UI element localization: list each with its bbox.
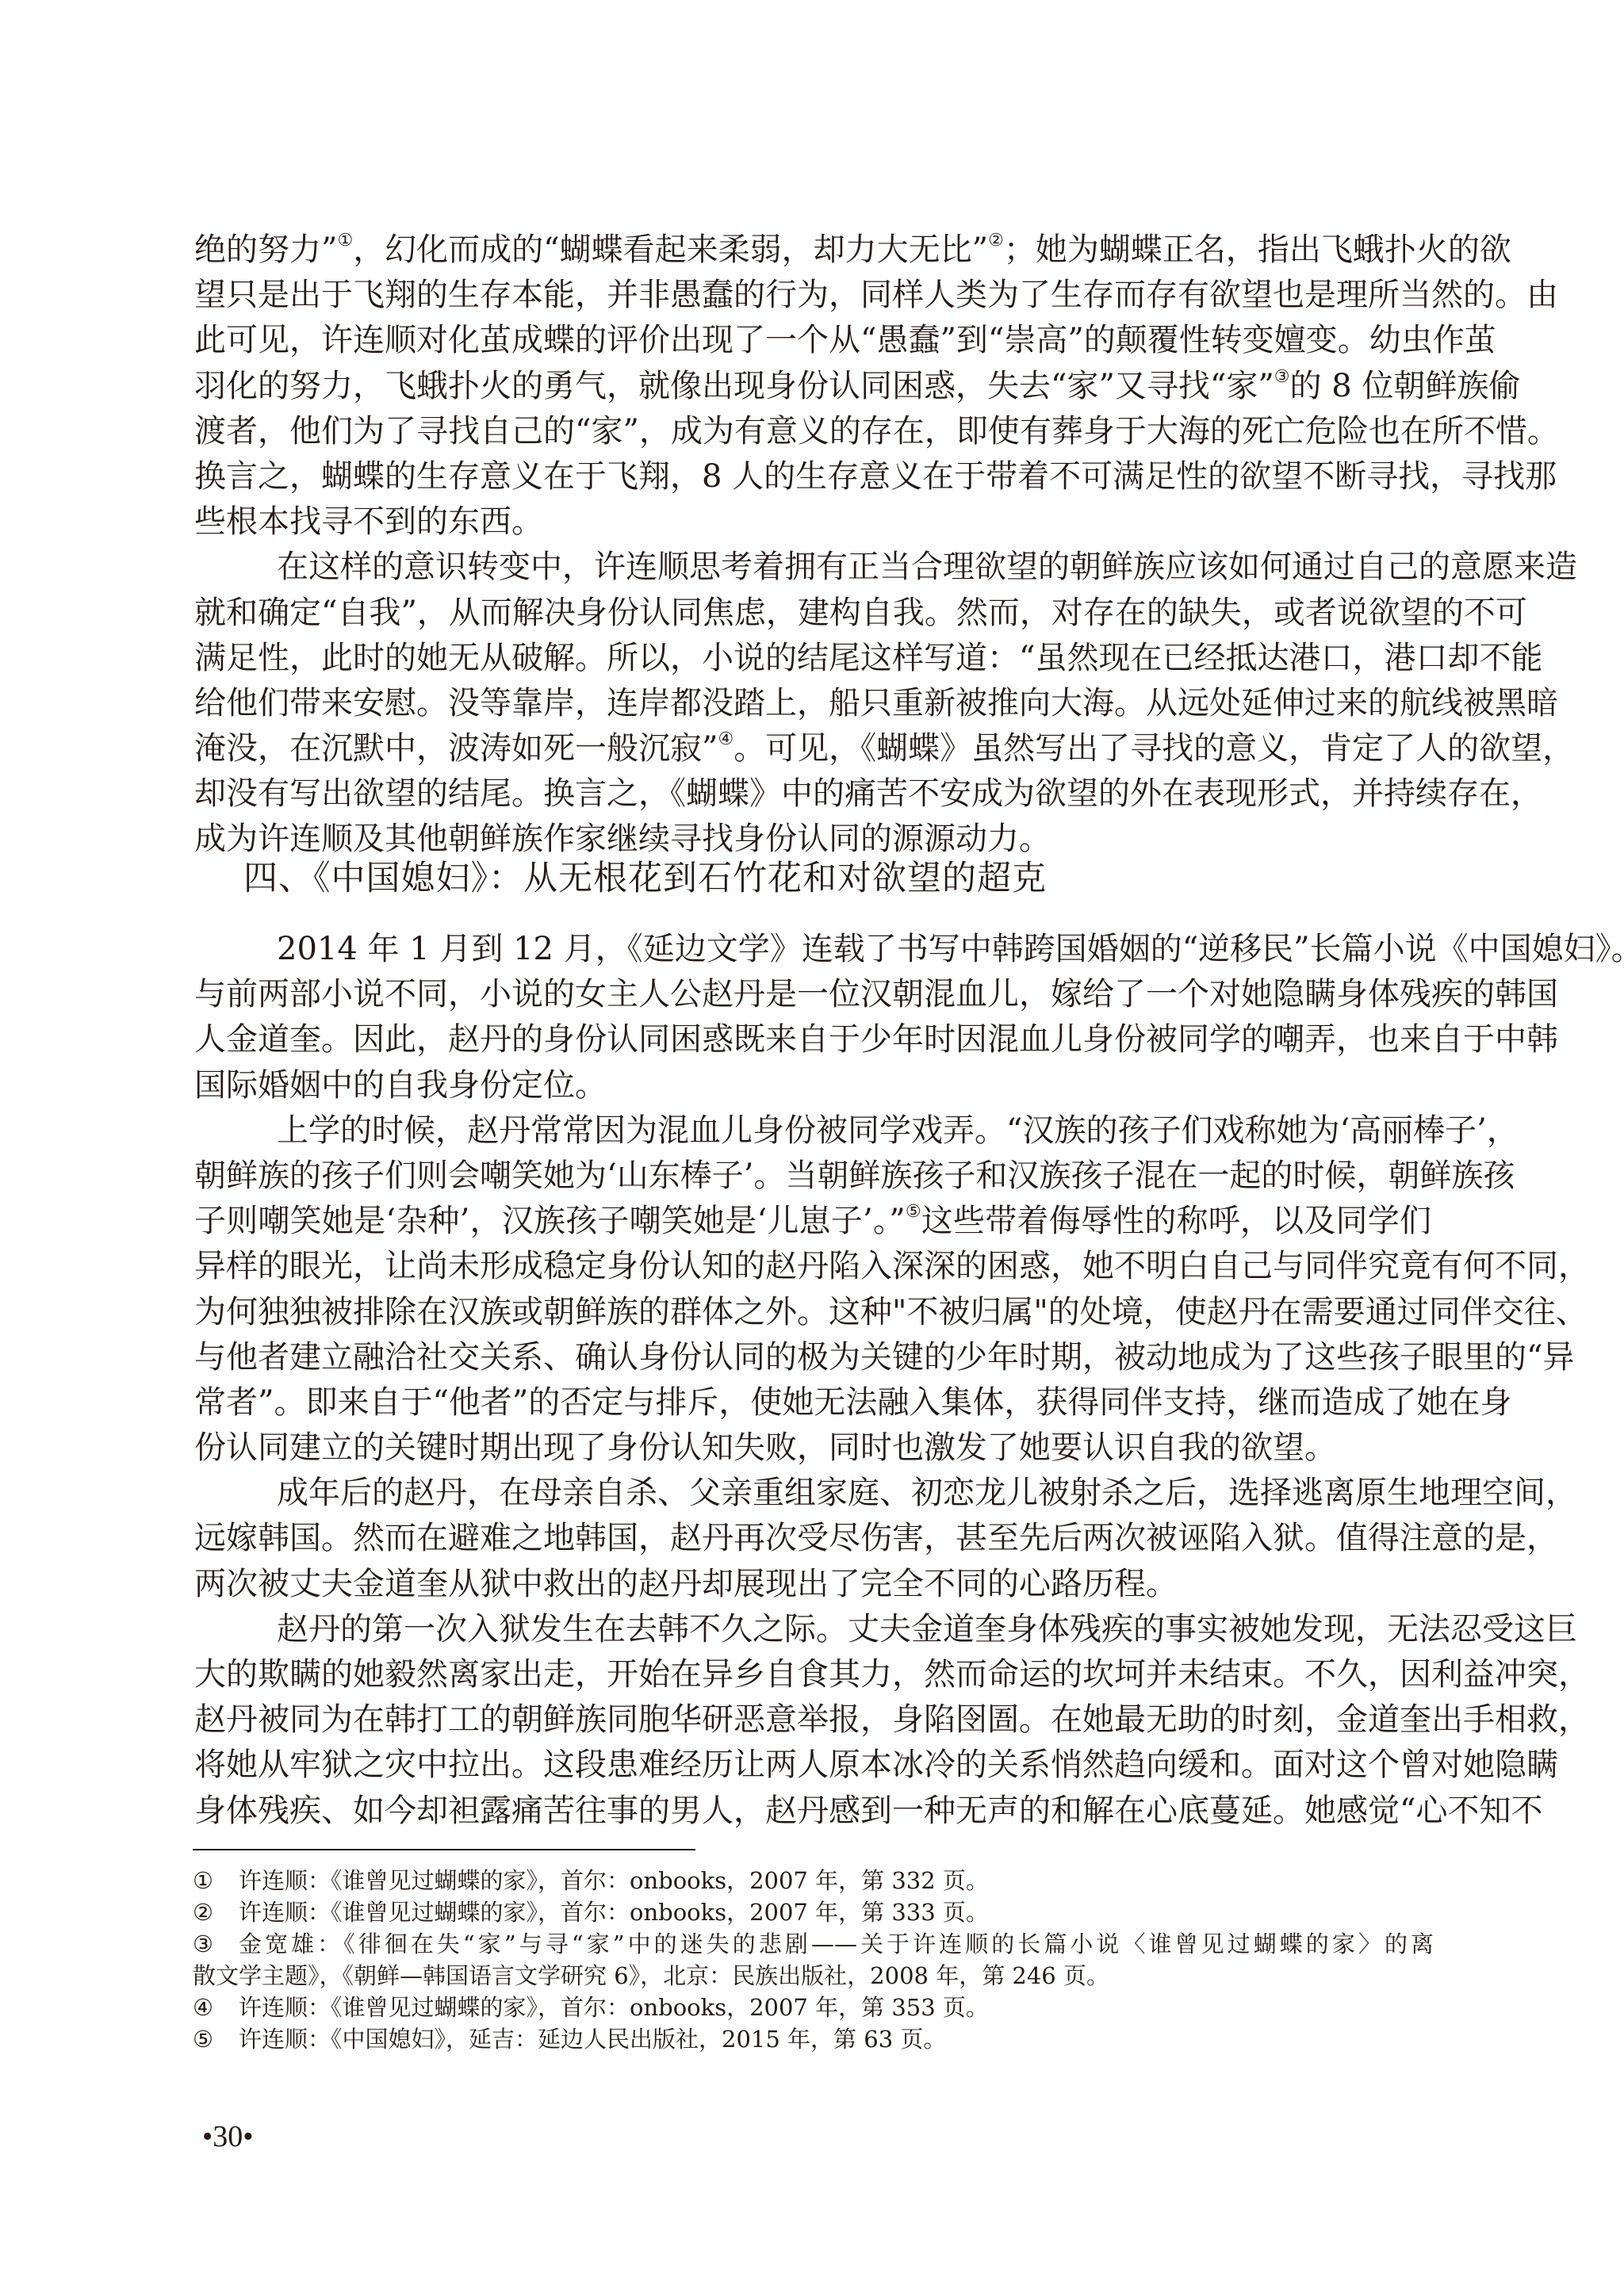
document-page: 绝的努力”①，幻化而成的“蝴蝶看起来柔弱，却力大无比”②；她为蝴蝶正名，指出飞蛾…	[0, 0, 1624, 2296]
footnote-text: 许连顺：《谁曾见过蝴蝶的家》，首尔：onbooks，2007 年，第 332 页…	[239, 1865, 989, 1896]
text-line: 朝鲜族的孩子们则会嘲笑她为‘山东棒子’。当朝鲜族孩子和汉族孩子混在一起的时候，朝…	[194, 1154, 1431, 1199]
text-line: 子则嘲笑她是‘杂种’，汉族孩子嘲笑她是‘儿崽子’。”⑤这些带着侮辱性的称呼，以及…	[194, 1199, 1431, 1244]
footnote-mark: ①	[193, 1865, 239, 1896]
text-line: 为何独独被排除在汉族或朝鲜族的群体之外。这种"不被归属"的处境，使赵丹在需要通过…	[194, 1290, 1431, 1335]
text-line: 两次被丈夫金道奎从狱中救出的赵丹却展现出了完全不同的心路历程。	[194, 1562, 1431, 1607]
text-line: 淹没，在沉默中，波涛如死一般沉寂”④。可见，《蝴蝶》虽然写出了寻找的意义，肯定了…	[194, 726, 1431, 771]
text-line: 羽化的努力，飞蛾扑火的勇气，就像出现身份认同困惑，失去“家”又寻找“家”③的 8…	[194, 364, 1431, 409]
text-line: 人金道奎。因此，赵丹的身份认同困惑既来自于少年时因混血儿身份被同学的嘲弄，也来自…	[194, 1017, 1431, 1062]
body-text-section-four: 2014 年 1 月到 12 月，《延边文学》连载了书写中韩跨国婚姻的“逆移民”…	[194, 927, 1431, 1834]
text-line: 赵丹的第一次入狱发生在去韩不久之际。丈夫金道奎身体残疾的事实被她发现，无法忍受这…	[194, 1607, 1431, 1652]
text-line: 大的欺瞒的她毅然离家出走，开始在异乡自食其力，然而命运的坎坷并未结束。不久，因利…	[194, 1652, 1431, 1697]
footnote-text: 许连顺：《谁曾见过蝴蝶的家》，首尔：onbooks，2007 年，第 353 页…	[239, 1992, 989, 2023]
text-line: 常者”。即来自于“他者”的否定与排斥，使她无法融入集体，获得同伴支持，继而造成了…	[194, 1380, 1431, 1425]
text-line: 些根本找寻不到的东西。	[194, 499, 1431, 545]
text-line: 身体残疾、如今却袒露痛苦往事的男人，赵丹感到一种无声的和解在心底蔓延。她感觉“心…	[194, 1789, 1431, 1834]
footnote-ref-5[interactable]: ⑤	[906, 1202, 921, 1222]
text-line: 却没有写出欲望的结尾。换言之，《蝴蝶》中的痛苦不安成为欲望的外在表现形式，并持续…	[194, 771, 1431, 817]
footnote-ref-2[interactable]: ②	[988, 231, 1004, 251]
text-line: 2014 年 1 月到 12 月，《延边文学》连载了书写中韩跨国婚姻的“逆移民”…	[194, 927, 1431, 972]
footnote-3: ③ 金宽雄：《徘徊在失“家”与寻“家”中的迷失的悲剧——关于许连顺的长篇小说〈谁…	[193, 1928, 1434, 1992]
text-line: 此可见，许连顺对化茧成蝶的评价出现了一个从“愚蠢”到“崇高”的颠覆性转变嬗变。幼…	[194, 318, 1431, 363]
footnote-1: ① 许连顺：《谁曾见过蝴蝶的家》，首尔：onbooks，2007 年，第 332…	[193, 1865, 1434, 1896]
footnote-mark: ②	[193, 1896, 239, 1928]
footnote-ref-1[interactable]: ①	[337, 231, 353, 251]
footnote-4: ④ 许连顺：《谁曾见过蝴蝶的家》，首尔：onbooks，2007 年，第 353…	[193, 1992, 1434, 2023]
text-line: 份认同建立的关键时期出现了身份认知失败，同时也激发了她要认识自我的欲望。	[194, 1425, 1431, 1471]
text-line: 远嫁韩国。然而在避难之地韩国，赵丹再次受尽伤害，甚至先后两次被诬陷入狱。值得注意…	[194, 1516, 1431, 1561]
text-line: 与他者建立融洽社交关系、确认身份认同的极为关键的少年时期，被动地成为了这些孩子眼…	[194, 1335, 1431, 1380]
footnote-2: ② 许连顺：《谁曾见过蝴蝶的家》，首尔：onbooks，2007 年，第 333…	[193, 1896, 1434, 1928]
text-line: 赵丹被同为在韩打工的朝鲜族同胞华研恶意举报，身陷囹圄。在她最无助的时刻，金道奎出…	[194, 1697, 1431, 1743]
section-heading: 四、《中国媳妇》：从无根花到石竹花和对欲望的超克	[243, 855, 1047, 902]
footnote-divider	[193, 1849, 695, 1850]
text-line: 将她从牢狱之灾中拉出。这段患难经历让两人原本冰冷的关系悄然趋向缓和。面对这个曾对…	[194, 1743, 1431, 1788]
text-line: 就和确定“自我”，从而解决身份认同焦虑，建构自我。然而，对存在的缺失，或者说欲望…	[194, 591, 1431, 636]
text-line: 望只是出于飞翔的生存本能，并非愚蠢的行为，同样人类为了生存而存有欲望也是理所当然…	[194, 273, 1431, 318]
text-line: 给他们带来安慰。没等靠岸，连岸都没踏上，船只重新被推向大海。从远处延伸过来的航线…	[194, 681, 1431, 726]
text-line: 在这样的意识转变中，许连顺思考着拥有正当合理欲望的朝鲜族应该如何通过自己的意愿来…	[194, 545, 1431, 590]
footnote-ref-3[interactable]: ③	[1274, 367, 1290, 387]
footnote-mark: ④	[193, 1992, 239, 2023]
text-line: 上学的时候，赵丹常常因为混血儿身份被同学戏弄。“汉族的孩子们戏称她为‘高丽棒子’…	[194, 1108, 1431, 1154]
text-line: 国际婚姻中的自我身份定位。	[194, 1063, 1431, 1108]
text-line: 成年后的赵丹，在母亲自杀、父亲重组家庭、初恋龙儿被射杀之后，选择逃离原生地理空间…	[194, 1471, 1431, 1516]
text-line: 换言之，蝴蝶的生存意义在于飞翔，8 人的生存意义在于带着不可满足性的欲望不断寻找…	[194, 454, 1431, 499]
text-line: 异样的眼光，让尚未形成稳定身份认知的赵丹陷入深深的困惑，她不明白自己与同伴究竟有…	[194, 1244, 1431, 1289]
body-text-section-three: 绝的努力”①，幻化而成的“蝴蝶看起来柔弱，却力大无比”②；她为蝴蝶正名，指出飞蛾…	[194, 228, 1431, 863]
footnote-text-continued: 散文学主题》，《朝鲜—韩国语言文学研究 6》，北京：民族出版社，2008 年，第…	[193, 1960, 1434, 1992]
footnote-text: 许连顺：《谁曾见过蝴蝶的家》，首尔：onbooks，2007 年，第 333 页…	[239, 1896, 989, 1928]
footnotes: ① 许连顺：《谁曾见过蝴蝶的家》，首尔：onbooks，2007 年，第 332…	[193, 1865, 1434, 2055]
footnote-5: ⑤ 许连顺：《中国媳妇》，延吉：延边人民出版社，2015 年，第 63 页。	[193, 2023, 1434, 2055]
page-number: •30•	[202, 2117, 254, 2156]
footnote-mark: ⑤	[193, 2023, 239, 2055]
footnote-text: 许连顺：《中国媳妇》，延吉：延边人民出版社，2015 年，第 63 页。	[239, 2023, 946, 2055]
footnote-text: 金宽雄：《徘徊在失“家”与寻“家”中的迷失的悲剧——关于许连顺的长篇小说〈谁曾见…	[239, 1928, 1434, 1960]
text-line: 满足性，此时的她无从破解。所以，小说的结尾这样写道：“虽然现在已经抵达港口，港口…	[194, 636, 1431, 681]
footnote-ref-4[interactable]: ④	[718, 729, 733, 749]
text-line: 绝的努力”①，幻化而成的“蝴蝶看起来柔弱，却力大无比”②；她为蝴蝶正名，指出飞蛾…	[194, 228, 1431, 273]
footnote-mark: ③	[193, 1928, 239, 1960]
text-line: 渡者，他们为了寻找自己的“家”，成为有意义的存在，即使有葬身于大海的死亡危险也在…	[194, 409, 1431, 454]
text-line: 与前两部小说不同，小说的女主人公赵丹是一位汉朝混血儿，嫁给了一个对她隐瞒身体残疾…	[194, 972, 1431, 1017]
